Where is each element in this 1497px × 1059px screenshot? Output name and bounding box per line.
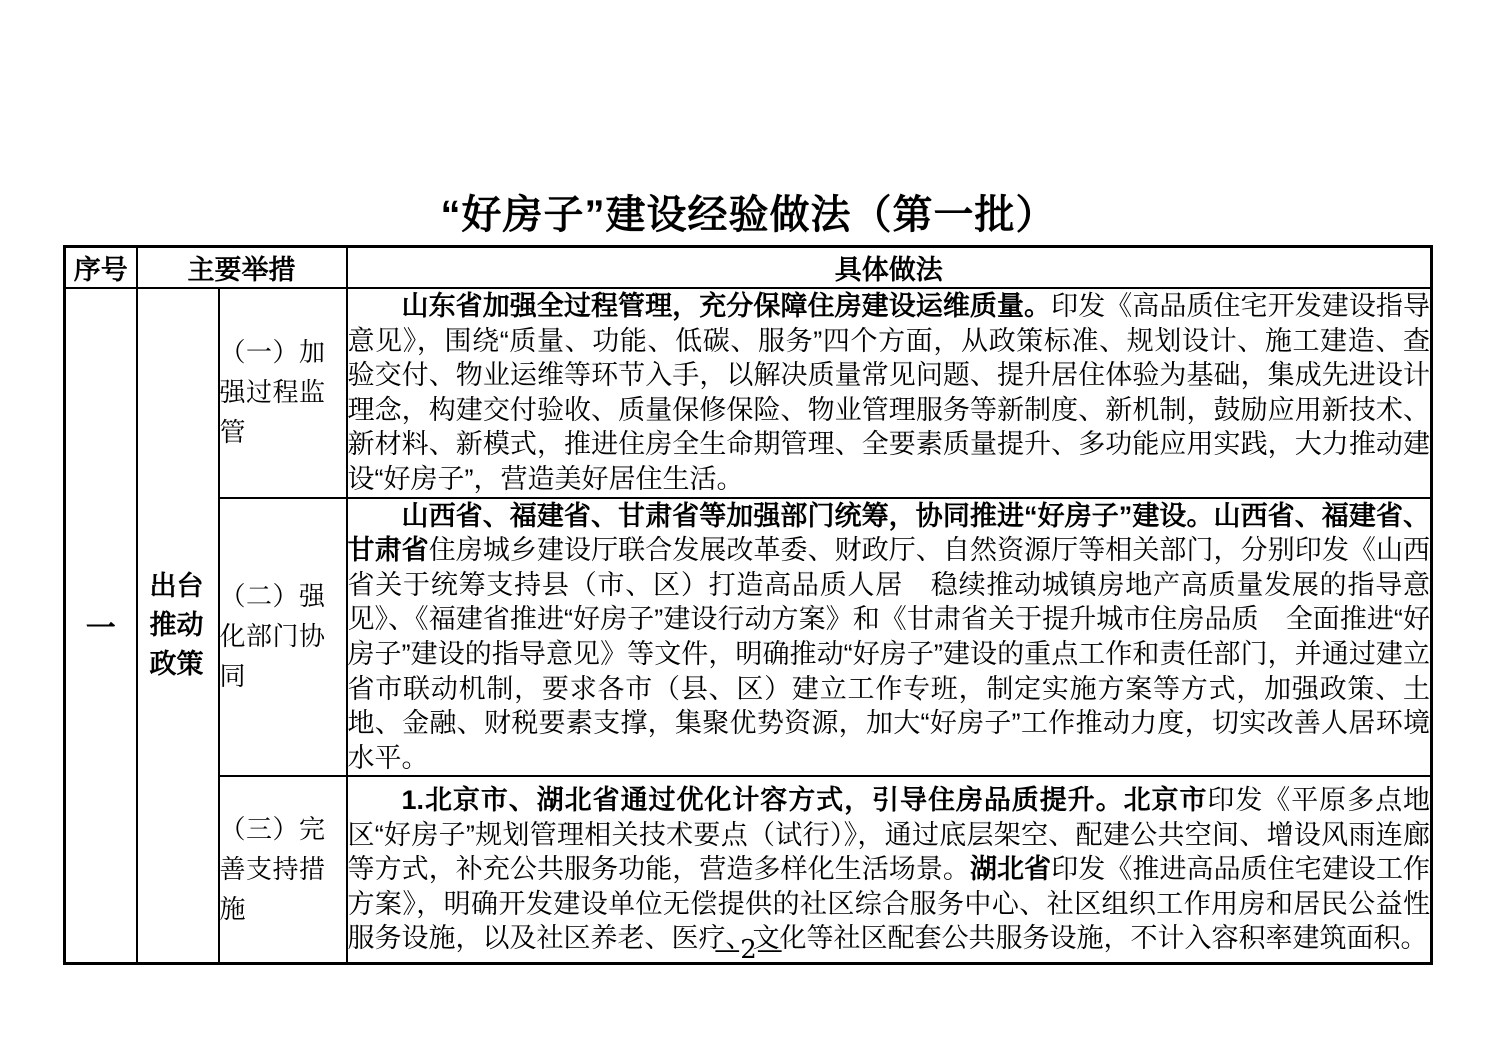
table-header-row: 序号 主要举措 具体做法 xyxy=(65,247,1432,289)
detail-paragraph-2: 山西省、福建省、甘肃省等加强部门统筹，协同推进“好房子”建设。山西省、福建省、甘… xyxy=(348,499,1431,776)
table-row: （二）强化部门协同 山西省、福建省、甘肃省等加强部门统筹，协同推进“好房子”建设… xyxy=(65,498,1432,777)
measures-table: 序号 主要举措 具体做法 一 出台推动政策 （一）加强过程监管 山东省加强全过程… xyxy=(63,245,1433,965)
detail-cell-2: 山西省、福建省、甘肃省等加强部门统筹，协同推进“好房子”建设。山西省、福建省、甘… xyxy=(347,498,1432,777)
header-detail: 具体做法 xyxy=(347,247,1432,289)
page-number: —2— xyxy=(0,935,1497,965)
table-row: 一 出台推动政策 （一）加强过程监管 山东省加强全过程管理，充分保障住房建设运维… xyxy=(65,288,1432,498)
detail-paragraph-1: 山东省加强全过程管理，充分保障住房建设运维质量。印发《高品质住宅开发建设指导意见… xyxy=(348,289,1431,497)
text-segment: 住房城乡建设厅联合发展改革委、财政厅、自然资源厅等相关部门，分别印发《山西省关于… xyxy=(348,535,1431,773)
bold-text-segment: 1.北京市、湖北省通过优化计容方式，引导住房品质提升。 xyxy=(402,785,1124,815)
measure-group-cell: 出台推动政策 xyxy=(137,288,219,963)
text-segment: 印发《高品质住宅开发建设指导意见》，围绕“质量、功能、低碳、服务”四个方面，从政… xyxy=(348,291,1431,494)
sub-measure-cell-1: （一）加强过程监管 xyxy=(219,288,347,498)
page-title: “好房子”建设经验做法（第一批） xyxy=(0,183,1497,240)
bold-text-segment: 湖北省 xyxy=(970,854,1051,884)
sub-measure-cell-2: （二）强化部门协同 xyxy=(219,498,347,777)
bold-text-segment: 山东省加强全过程管理，充分保障住房建设运维质量。 xyxy=(402,291,1052,321)
bold-text-segment: 北京市 xyxy=(1124,785,1208,815)
detail-paragraph-3: 1.北京市、湖北省通过优化计容方式，引导住房品质提升。北京市印发《平原多点地区“… xyxy=(348,783,1431,956)
detail-cell-1: 山东省加强全过程管理，充分保障住房建设运维质量。印发《高品质住宅开发建设指导意见… xyxy=(347,288,1432,498)
measure-group-label: 出台推动政策 xyxy=(150,567,206,684)
header-measure: 主要举措 xyxy=(137,247,347,289)
serial-cell: 一 xyxy=(65,288,137,963)
bold-text-segment: 山西省、福建省、甘肃省等加强部门统筹，协同推进“好房子”建设。 xyxy=(402,501,1214,531)
header-serial: 序号 xyxy=(65,247,137,289)
